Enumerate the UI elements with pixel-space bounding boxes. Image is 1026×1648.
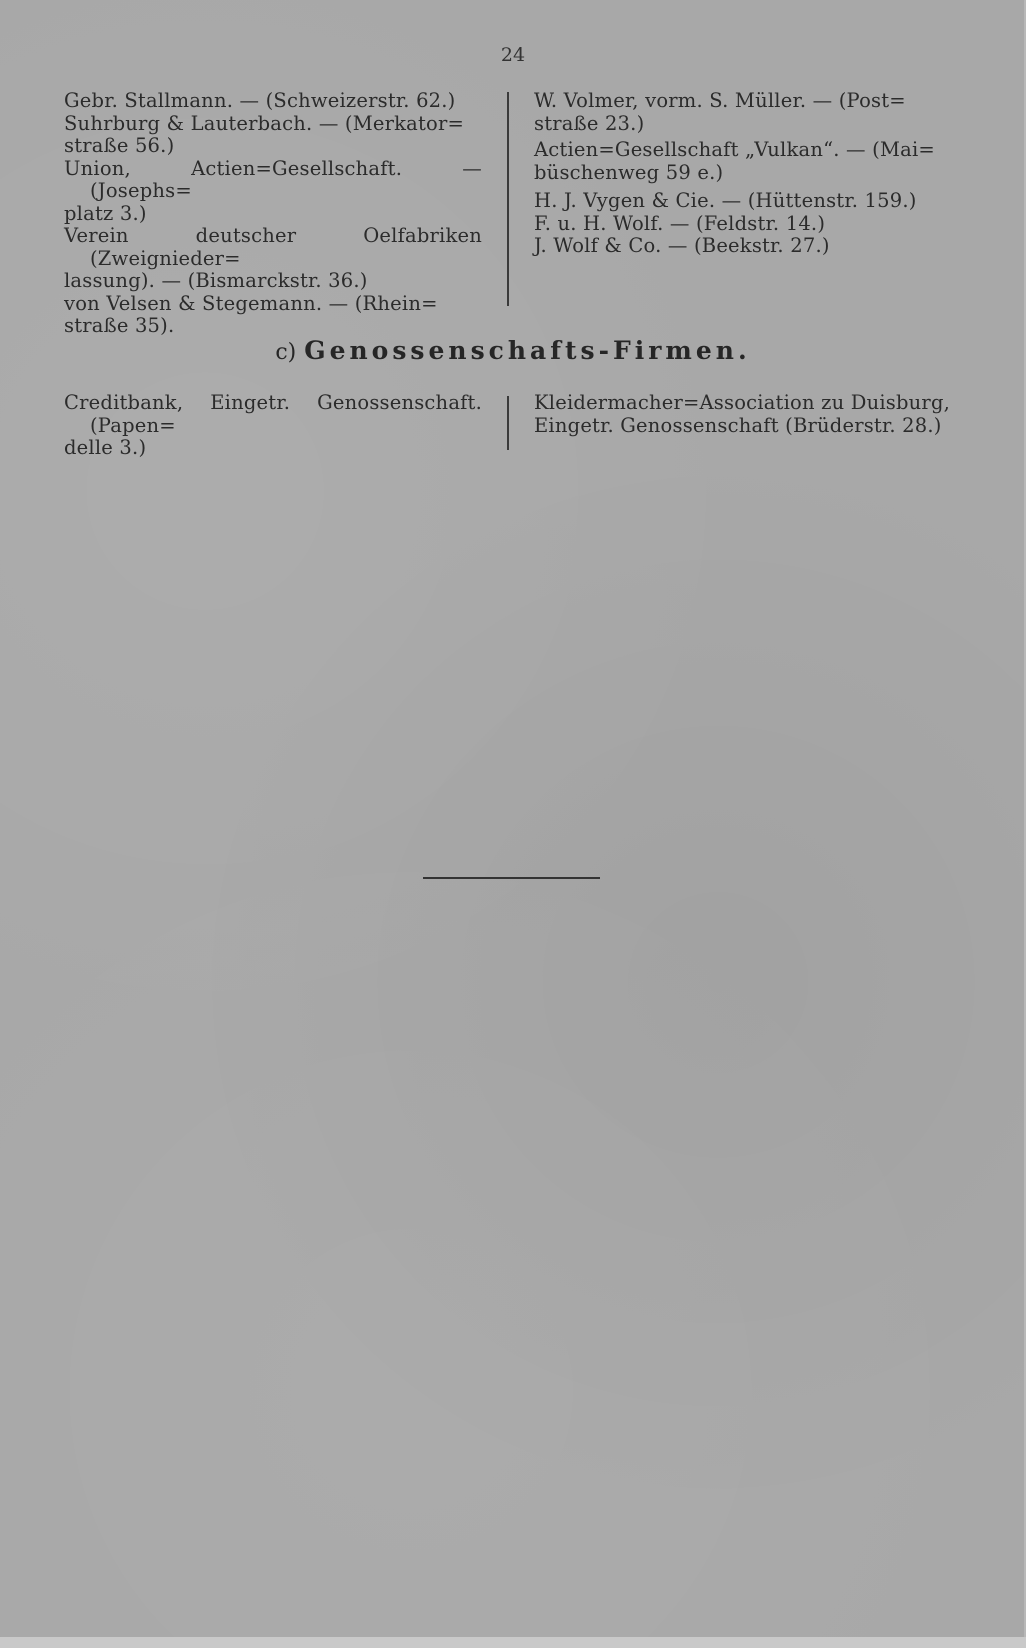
entry-line-continuation: straße 35). [90, 315, 482, 338]
page-number: 24 [0, 44, 1026, 66]
entry-line-continuation: Eingetr. Genossenschaft (Brüderstr. 28.) [560, 415, 954, 438]
firm-entry: Suhrburg & Lauterbach. — (Merkator= stra… [64, 113, 482, 158]
entry-line-continuation: straße 56.) [90, 135, 482, 158]
entry-line: H. J. Vygen & Cie. — (Hüttenstr. 159.) [534, 189, 917, 212]
firm-entry: Union, Actien=Gesellschaft. — (Josephs= … [64, 158, 482, 226]
column-divider [507, 92, 509, 306]
firm-entry: Gebr. Stallmann. — (Schweizerstr. 62.) [64, 90, 482, 113]
page-bottom-edge [0, 1637, 1026, 1648]
entry-line: Kleidermacher=Association zu Duisburg, [534, 391, 950, 414]
entry-line: Union, Actien=Gesellschaft. — (Josephs= [64, 157, 482, 203]
firm-entry: Creditbank, Eingetr. Genossenschaft. (Pa… [64, 392, 482, 460]
entry-line: Suhrburg & Lauterbach. — (Merkator= [64, 112, 464, 135]
firm-entry: von Velsen & Stegemann. — (Rhein= straße… [64, 293, 482, 338]
section-title: Genossenschafts-Firmen. [304, 336, 750, 365]
firm-entry: F. u. H. Wolf. — (Feldstr. 14.) [534, 213, 954, 236]
section-c-right-column: Kleidermacher=Association zu Duisburg, E… [534, 392, 954, 437]
firm-entry: J. Wolf & Co. — (Beekstr. 27.) [534, 235, 954, 258]
entry-line: von Velsen & Stegemann. — (Rhein= [64, 292, 438, 315]
firm-entry: Verein deutscher Oelfabriken (Zweigniede… [64, 225, 482, 293]
entry-line: F. u. H. Wolf. — (Feldstr. 14.) [534, 212, 825, 235]
section-b-right-column: W. Volmer, vorm. S. Müller. — (Post= str… [534, 90, 954, 258]
scanned-page: 24 Gebr. Stallmann. — (Schweizerstr. 62.… [0, 0, 1026, 1637]
entry-line: J. Wolf & Co. — (Beekstr. 27.) [534, 234, 830, 257]
section-c-left-column: Creditbank, Eingetr. Genossenschaft. (Pa… [64, 392, 482, 460]
firm-entry: H. J. Vygen & Cie. — (Hüttenstr. 159.) [534, 190, 954, 213]
entry-line-continuation: büschenweg 59 e.) [560, 162, 954, 185]
section-label: c) [275, 340, 296, 365]
entry-line: W. Volmer, vorm. S. Müller. — (Post= [534, 89, 906, 112]
section-b-left-column: Gebr. Stallmann. — (Schweizerstr. 62.) S… [64, 90, 482, 338]
entry-line-continuation: straße 23.) [560, 113, 954, 136]
column-divider [507, 396, 509, 450]
entry-line: Gebr. Stallmann. — (Schweizerstr. 62.) [64, 89, 456, 112]
end-rule [423, 877, 600, 879]
firm-entry: W. Volmer, vorm. S. Müller. — (Post= str… [534, 90, 954, 135]
entry-line: Verein deutscher Oelfabriken (Zweigniede… [64, 224, 482, 270]
section-heading: c)Genossenschafts-Firmen. [0, 336, 1026, 365]
firm-entry: Actien=Gesellschaft „Vulkan“. — (Mai= bü… [534, 139, 954, 184]
entry-line-continuation: delle 3.) [90, 437, 482, 460]
entry-line-continuation: lassung). — (Bismarckstr. 36.) [90, 270, 482, 293]
firm-entry: Kleidermacher=Association zu Duisburg, E… [534, 392, 954, 437]
entry-line-continuation: platz 3.) [90, 203, 482, 226]
entry-line: Creditbank, Eingetr. Genossenschaft. (Pa… [64, 391, 482, 437]
entry-line: Actien=Gesellschaft „Vulkan“. — (Mai= [534, 138, 935, 161]
